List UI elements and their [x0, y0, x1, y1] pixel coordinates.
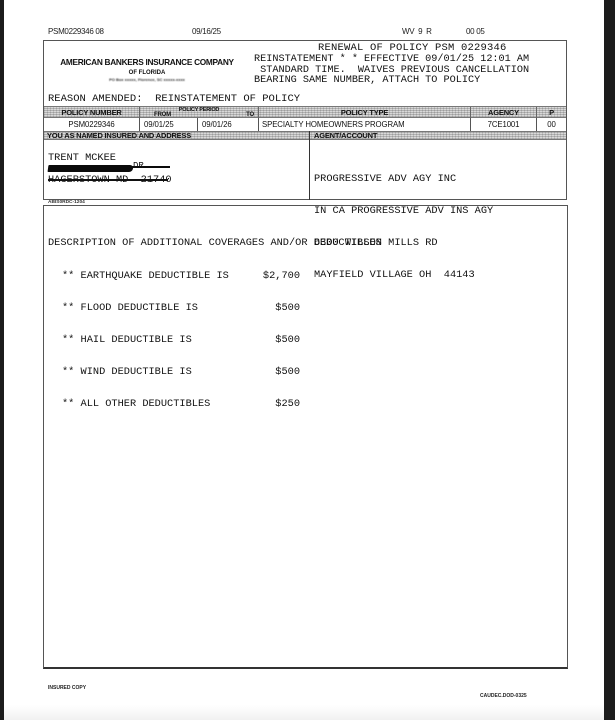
deductible-value: $500 [256, 303, 300, 314]
address-section-header: YOU AS NAMED INSURED AND ADDRESS AGENT/A… [44, 131, 566, 140]
deductible-row: ** ALL OTHER DEDUCTIBLES$250 [48, 399, 382, 410]
insured-street-fragment: DR [133, 161, 144, 171]
deductible-label: ** HAIL DEDUCTIBLE IS [48, 335, 256, 346]
redaction-mark [125, 166, 170, 168]
header-page-code: 00 05 [466, 27, 485, 36]
td-policy-number: PSM0229346 [44, 118, 140, 131]
deductible-value: $2,700 [256, 271, 300, 282]
td-policy-type: SPECIALTY HOMEOWNERS PROGRAM [259, 118, 471, 131]
header-state-code: WV 9 R [402, 27, 432, 36]
deductible-label: ** WIND DEDUCTIBLE IS [48, 367, 256, 378]
deductible-label: ** EARTHQUAKE DEDUCTIBLE IS [48, 271, 256, 282]
deductible-value: $250 [256, 399, 300, 410]
coverages-block: DESCRIPTION OF ADDITIONAL COVERAGES AND/… [48, 217, 382, 420]
policy-table-header: POLICY NUMBER POLICY PERIOD FROM TO POLI… [44, 106, 566, 118]
redaction-mark [48, 165, 134, 172]
insured-section-label: YOU AS NAMED INSURED AND ADDRESS [47, 131, 191, 140]
coverages-title: DESCRIPTION OF ADDITIONAL COVERAGES AND/… [48, 238, 382, 249]
deductible-value: $500 [256, 335, 300, 346]
document-code: CAUDEC.DOD-0325 [480, 693, 527, 699]
th-agency: AGENCY [471, 107, 537, 118]
page-bottom-shade [4, 705, 604, 720]
policy-table-row: PSM0229346 09/01/25 09/01/26 SPECIALTY H… [44, 118, 566, 131]
redaction-strike [48, 179, 168, 181]
td-to: 09/01/26 [198, 118, 259, 131]
company-name: AMERICAN BANKERS INSURANCE COMPANY [47, 57, 247, 67]
td-agency: 7CE1001 [471, 118, 537, 131]
header-date: 09/16/25 [192, 27, 221, 36]
company-address: PO Box xxxxx, Florence, SC xxxxx-xxxx [47, 77, 247, 82]
deductible-row: ** WIND DEDUCTIBLE IS$500 [48, 367, 382, 378]
td-p: 00 [537, 118, 566, 131]
agent-line: PROGRESSIVE ADV AGY INC [314, 174, 493, 185]
viewer-left-edge [0, 0, 4, 720]
deductible-label: ** FLOOD DEDUCTIBLE IS [48, 303, 256, 314]
th-policy-number: POLICY NUMBER [44, 107, 140, 118]
header-policy-ref: PSM0229346 08 [48, 27, 104, 36]
th-policy-period: POLICY PERIOD FROM TO [140, 107, 259, 118]
reason-amended: REASON AMENDED: REINSTATEMENT OF POLICY [48, 93, 300, 105]
notice-title: RENEWAL OF POLICY PSM 0229346 [318, 42, 507, 54]
reason-value: REINSTATEMENT OF POLICY [155, 93, 300, 105]
agent-section-label: AGENT/ACCOUNT [314, 131, 377, 140]
deductible-label: ** ALL OTHER DEDUCTIBLES [48, 399, 256, 410]
reason-label: REASON AMENDED: [48, 93, 143, 105]
th-policy-period-label: POLICY PERIOD [179, 107, 219, 113]
th-policy-type: POLICY TYPE [259, 107, 471, 118]
deductible-row: ** HAIL DEDUCTIBLE IS$500 [48, 335, 382, 346]
deductible-row: ** EARTHQUAKE DEDUCTIBLE IS$2,700 [48, 271, 382, 282]
notice-body: REINSTATEMENT * * EFFECTIVE 09/01/25 12:… [254, 55, 529, 87]
td-from: 09/01/25 [140, 118, 198, 131]
th-p: P [537, 107, 566, 118]
viewer-right-edge [604, 0, 615, 720]
company-block: AMERICAN BANKERS INSURANCE COMPANY OF FL… [47, 57, 247, 82]
deductible-value: $500 [256, 367, 300, 378]
section-divider [309, 131, 310, 200]
insured-copy-label: INSURED COPY [48, 685, 86, 691]
insured-name: TRENT MCKEE [48, 153, 116, 164]
deductible-row: ** FLOOD DEDUCTIBLE IS$500 [48, 303, 382, 314]
company-state: OF FLORIDA [47, 70, 247, 76]
